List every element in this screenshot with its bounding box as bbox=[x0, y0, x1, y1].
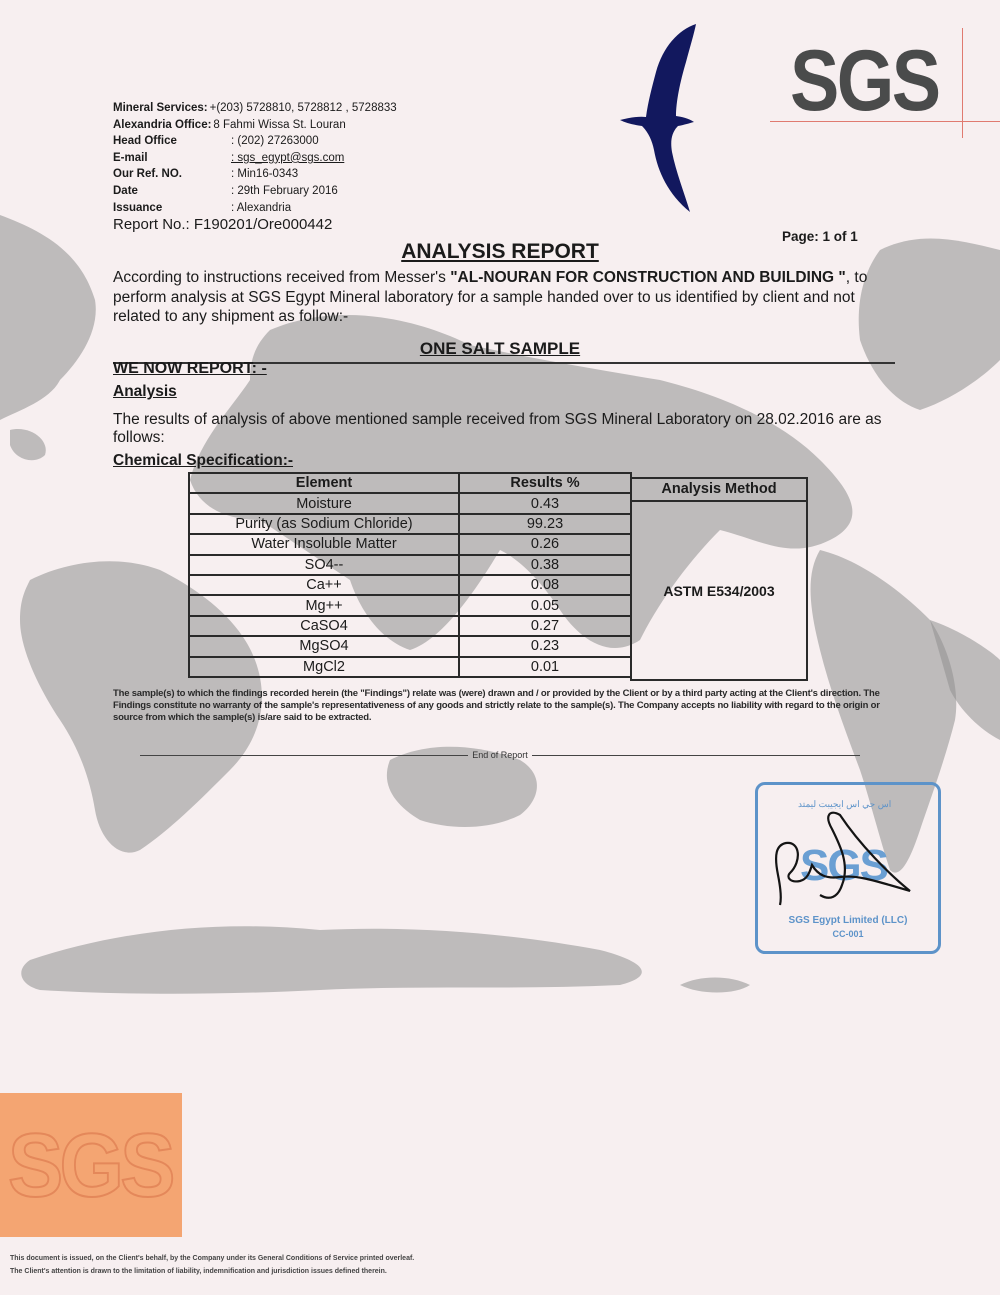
footer-line-2: The Client's attention is drawn to the l… bbox=[10, 1265, 530, 1278]
element-cell: Water Insoluble Matter bbox=[189, 534, 459, 554]
element-cell: Ca++ bbox=[189, 575, 459, 595]
table-row: Purity (as Sodium Chloride)99.23 bbox=[189, 514, 631, 534]
result-cell: 0.27 bbox=[459, 616, 631, 636]
table-row: SO4--0.38 bbox=[189, 555, 631, 575]
contact-label: Issuance bbox=[113, 200, 231, 217]
logo-divider-horizontal bbox=[770, 121, 1000, 122]
contact-row: Issuance: Alexandria bbox=[113, 200, 397, 217]
table-row: Water Insoluble Matter0.26 bbox=[189, 534, 631, 554]
intro-prefix: According to instructions received from … bbox=[113, 269, 450, 286]
stamp-company-name: SGS Egypt Limited (LLC) bbox=[758, 915, 938, 926]
disclaimer-text: The sample(s) to which the findings reco… bbox=[113, 688, 888, 724]
element-cell: MgCl2 bbox=[189, 657, 459, 677]
email-link[interactable]: : sgs_egypt@sgs.com bbox=[231, 150, 344, 167]
divider-right bbox=[532, 755, 860, 756]
report-number: Report No.: F190201/Ore000442 bbox=[113, 216, 332, 233]
result-cell: 0.38 bbox=[459, 555, 631, 575]
table-row: Mg++0.05 bbox=[189, 595, 631, 615]
result-cell: 99.23 bbox=[459, 514, 631, 534]
result-cell: 0.08 bbox=[459, 575, 631, 595]
column-header-method: Analysis Method bbox=[632, 479, 806, 502]
analysis-method-value: ASTM E534/2003 bbox=[632, 583, 806, 599]
logo-divider-vertical bbox=[962, 28, 963, 138]
contact-value: : Min16-0343 bbox=[231, 166, 298, 183]
element-cell: SO4-- bbox=[189, 555, 459, 575]
element-cell: Moisture bbox=[189, 493, 459, 513]
analysis-heading: Analysis bbox=[113, 383, 177, 401]
end-of-report-line: End of Report bbox=[140, 750, 860, 760]
result-cell: 0.01 bbox=[459, 657, 631, 677]
intro-paragraph: According to instructions received from … bbox=[113, 268, 893, 327]
divider-left bbox=[140, 755, 468, 756]
results-intro-text: The results of analysis of above mention… bbox=[113, 411, 893, 447]
contact-value: 8 Fahmi Wissa St. Louran bbox=[213, 117, 345, 134]
signature bbox=[760, 805, 930, 915]
table-row: Ca++0.08 bbox=[189, 575, 631, 595]
sgs-orange-logo: SGS bbox=[0, 1093, 182, 1237]
table-row: CaSO40.27 bbox=[189, 616, 631, 636]
contact-value: +(203) 5728810, 5728812 , 5728833 bbox=[210, 100, 397, 117]
table-row: MgSO40.23 bbox=[189, 636, 631, 656]
contact-label: E-mail bbox=[113, 150, 231, 167]
report-title-text: ANALYSIS REPORT bbox=[401, 240, 599, 263]
contact-label: Alexandria Office: bbox=[113, 117, 211, 134]
contact-row: E-mail: sgs_egypt@sgs.com bbox=[113, 150, 397, 167]
table-row: Moisture0.43 bbox=[189, 493, 631, 513]
contact-row: Head Office: (202) 27263000 bbox=[113, 133, 397, 150]
result-cell: 0.26 bbox=[459, 534, 631, 554]
footer-line-1: This document is issued, on the Client's… bbox=[10, 1252, 530, 1265]
element-cell: Mg++ bbox=[189, 595, 459, 615]
contact-row: Date: 29th February 2016 bbox=[113, 183, 397, 200]
result-cell: 0.05 bbox=[459, 595, 631, 615]
result-cell: 0.43 bbox=[459, 493, 631, 513]
contact-value: : 29th February 2016 bbox=[231, 183, 338, 200]
contact-value: : Alexandria bbox=[231, 200, 291, 217]
element-cell: Purity (as Sodium Chloride) bbox=[189, 514, 459, 534]
stamp-code: CC-001 bbox=[758, 929, 938, 939]
contact-label: Our Ref. NO. bbox=[113, 166, 231, 183]
sample-title-text: ONE SALT SAMPLE bbox=[420, 339, 580, 358]
contact-row: Alexandria Office:8 Fahmi Wissa St. Lour… bbox=[113, 117, 397, 134]
contact-label: Head Office bbox=[113, 133, 231, 150]
sample-title: ONE SALT SAMPLE bbox=[0, 339, 1000, 359]
sgs-logo: SGS bbox=[790, 38, 938, 124]
column-header-element: Element bbox=[189, 473, 459, 493]
footer-terms: This document is issued, on the Client's… bbox=[10, 1252, 530, 1278]
column-header-results: Results % bbox=[459, 473, 631, 493]
element-cell: CaSO4 bbox=[189, 616, 459, 636]
analysis-method-column: Analysis Method ASTM E534/2003 bbox=[630, 477, 808, 681]
contact-label: Date bbox=[113, 183, 231, 200]
table-header-row: Element Results % bbox=[189, 473, 631, 493]
orange-logo-text: SGS bbox=[8, 1115, 172, 1218]
client-name: "AL-NOURAN FOR CONSTRUCTION AND BUILDING… bbox=[450, 269, 846, 286]
contact-label: Mineral Services: bbox=[113, 100, 208, 117]
eagle-icon bbox=[618, 22, 700, 214]
end-of-report-label: End of Report bbox=[468, 750, 532, 760]
report-title: ANALYSIS REPORT bbox=[0, 240, 1000, 264]
contact-info-block: Mineral Services:+(203) 5728810, 5728812… bbox=[113, 100, 397, 216]
chemical-spec-table: Element Results % Moisture0.43Purity (as… bbox=[188, 472, 632, 678]
chemical-specification-heading: Chemical Specification:- bbox=[113, 452, 293, 470]
element-cell: MgSO4 bbox=[189, 636, 459, 656]
contact-row: Mineral Services:+(203) 5728810, 5728812… bbox=[113, 100, 397, 117]
table-row: MgCl20.01 bbox=[189, 657, 631, 677]
contact-row: Our Ref. NO.: Min16-0343 bbox=[113, 166, 397, 183]
we-now-report-heading: WE NOW REPORT: - bbox=[113, 360, 267, 378]
result-cell: 0.23 bbox=[459, 636, 631, 656]
contact-value: : (202) 27263000 bbox=[231, 133, 319, 150]
